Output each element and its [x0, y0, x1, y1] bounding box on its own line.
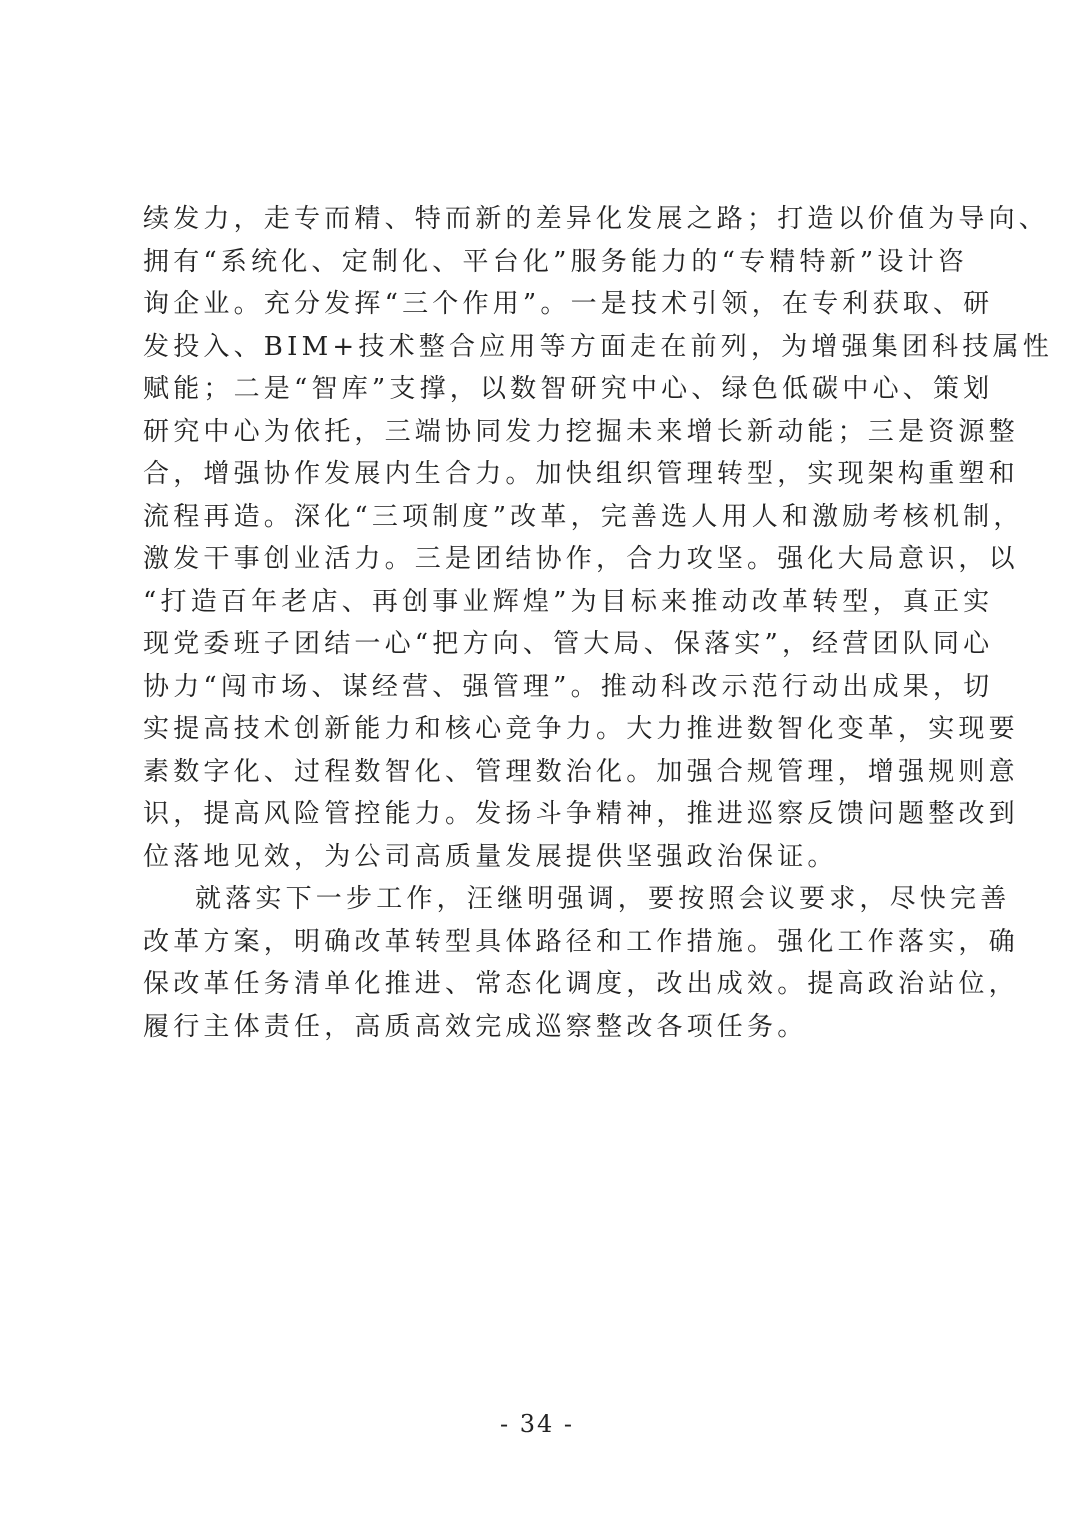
text-line: 发投入、BIM+技术整合应用等方面走在前列，为增强集团科技属性: [143, 326, 943, 369]
text-line: 研究中心为依托，三端协同发力挖掘未来增长新动能；三是资源整: [143, 411, 943, 454]
text-line: 合，增强协作发展内生合力。加快组织管理转型，实现架构重塑和: [143, 453, 943, 496]
paragraph-1: 续发力，走专而精、特而新的差异化发展之路；打造以价值为导向、 拥有“系统化、定制…: [143, 198, 943, 878]
text-line: 赋能；二是“智库”支撑，以数智研究中心、绿色低碳中心、策划: [143, 368, 943, 411]
text-line: 素数字化、过程数智化、管理数治化。加强合规管理，增强规则意: [143, 751, 943, 794]
page-number: - 34 -: [0, 1410, 1074, 1438]
text-line: 协力“闯市场、谋经营、强管理”。推动科改示范行动出成果，切: [143, 666, 943, 709]
text-line: 位落地见效，为公司高质量发展提供坚强政治保证。: [143, 836, 943, 879]
text-line: 就落实下一步工作，汪继明强调，要按照会议要求，尽快完善: [143, 878, 943, 921]
text-line: 询企业。充分发挥“三个作用”。一是技术引领，在专利获取、研: [143, 283, 943, 326]
text-line: 激发干事创业活力。三是团结协作，合力攻坚。强化大局意识，以: [143, 538, 943, 581]
text-line: 续发力，走专而精、特而新的差异化发展之路；打造以价值为导向、: [143, 198, 943, 241]
text-line: 保改革任务清单化推进、常态化调度，改出成效。提高政治站位，: [143, 963, 943, 1006]
text-line: 流程再造。深化“三项制度”改革，完善选人用人和激励考核机制，: [143, 496, 943, 539]
text-line: 现党委班子团结一心“把方向、管大局、保落实”，经营团队同心: [143, 623, 943, 666]
text-line: 履行主体责任，高质高效完成巡察整改各项任务。: [143, 1006, 943, 1049]
document-page: 续发力，走专而精、特而新的差异化发展之路；打造以价值为导向、 拥有“系统化、定制…: [0, 0, 1074, 1520]
text-line: 识，提高风险管控能力。发扬斗争精神，推进巡察反馈问题整改到: [143, 793, 943, 836]
text-line: 拥有“系统化、定制化、平台化”服务能力的“专精特新”设计咨: [143, 241, 943, 284]
text-line: 实提高技术创新能力和核心竞争力。大力推进数智化变革，实现要: [143, 708, 943, 751]
body-text: 续发力，走专而精、特而新的差异化发展之路；打造以价值为导向、 拥有“系统化、定制…: [143, 198, 943, 1048]
paragraph-2: 就落实下一步工作，汪继明强调，要按照会议要求，尽快完善 改革方案，明确改革转型具…: [143, 878, 943, 1048]
text-line: “打造百年老店、再创事业辉煌”为目标来推动改革转型，真正实: [143, 581, 943, 624]
text-line: 改革方案，明确改革转型具体路径和工作措施。强化工作落实，确: [143, 921, 943, 964]
